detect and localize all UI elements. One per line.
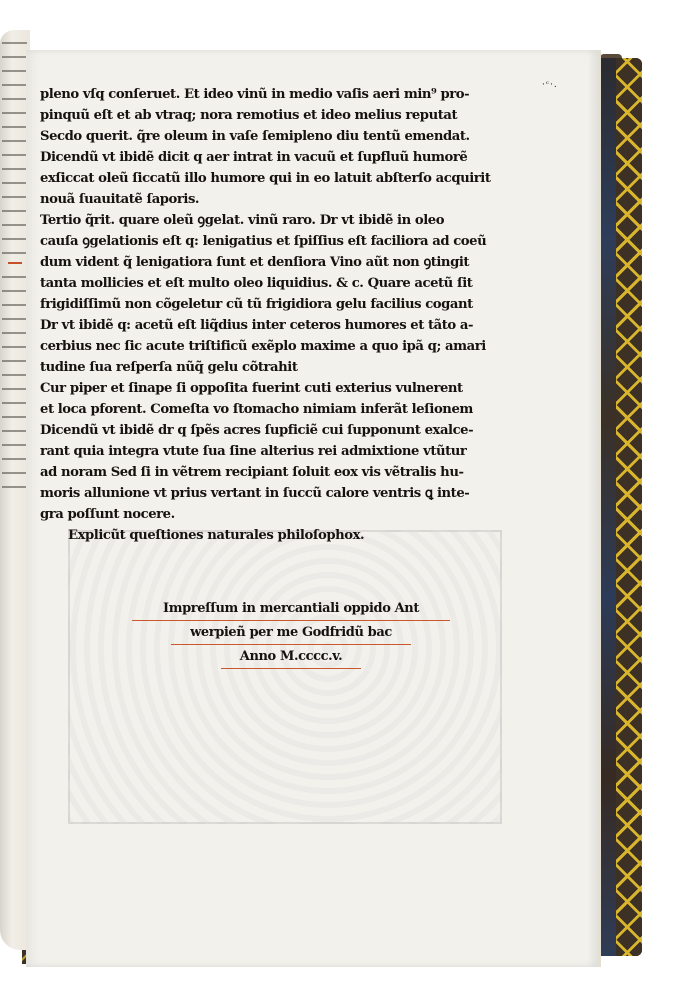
colophon-line: Anno M.cccc.v. xyxy=(221,646,361,669)
text-line: cauſa ꝯgelationis eſt q: lenigatius et ſ… xyxy=(40,231,526,252)
left-page-text-fragment xyxy=(2,182,27,184)
right-page: ·ᶜ·. pleno vſq conſeruet. Et ideo vinũ i… xyxy=(26,50,601,967)
left-page-text-fragment xyxy=(2,346,27,348)
left-page-text-fragment xyxy=(2,196,27,198)
left-page-text-fragment xyxy=(2,70,27,72)
left-page-rubric-mark xyxy=(8,262,22,264)
left-page-text-fragment xyxy=(2,430,27,432)
colophon-line: werpieñ per me Godfridũ bac xyxy=(171,622,411,645)
left-page-text-fragment xyxy=(2,444,27,446)
text-line: Secdo querit. q̃re oleum in vaſe ſemiple… xyxy=(40,126,526,147)
left-page-text-fragment xyxy=(2,416,27,418)
left-page-text-fragment xyxy=(2,402,27,404)
left-page-text-fragment xyxy=(2,304,27,306)
left-page-text-fragment xyxy=(2,224,27,226)
left-page-text-fragment xyxy=(2,56,27,58)
text-line: dum vident q̃ lenigatiora ſunt et denſio… xyxy=(40,252,526,273)
text-line: Cur piper et ſinape ſi oppoſita fuerint … xyxy=(40,378,526,399)
text-line: frigidiſſimũ non cõgeletur cũ tũ frigidi… xyxy=(40,294,526,315)
left-page-text-fragment xyxy=(2,42,27,44)
text-line: exſiccat oleũ ſiccatũ illo humore qui in… xyxy=(40,168,526,189)
text-line: Tertio q̃rit. quare oleũ ꝯgelat. vinũ ra… xyxy=(40,210,526,231)
text-line: Dicendũ vt ibidẽ dicit q aer intrat in v… xyxy=(40,147,526,168)
colophon: Impreſſum in mercantiali oppido Ant werp… xyxy=(126,598,456,670)
left-page-text-fragment xyxy=(2,126,27,128)
left-page-text-fragment xyxy=(2,290,27,292)
woodcut-showthrough xyxy=(68,530,502,824)
text-line: tanta mollicies et eſt multo oleo liquid… xyxy=(40,273,526,294)
text-line: rant quia integra vtute ſua ſine alteriu… xyxy=(40,441,526,462)
explicit-line: Explicũt queſtiones naturales philoſopho… xyxy=(40,525,526,546)
text-line: pleno vſq conſeruet. Et ideo vinũ in med… xyxy=(40,84,526,105)
text-line: pinquũ eſt et ab vtraq; nora remotius et… xyxy=(40,105,526,126)
left-page-text-fragment xyxy=(2,318,27,320)
gilt-tooled-border xyxy=(616,58,642,956)
left-page-text-fragment xyxy=(2,458,27,460)
left-page-text-fragment xyxy=(2,154,27,156)
main-text-block: pleno vſq conſeruet. Et ideo vinũ in med… xyxy=(40,84,526,546)
text-line: et loca pforent. Comeſta vo ſtomacho nim… xyxy=(40,399,526,420)
left-page-text-fragment xyxy=(2,332,27,334)
left-page-text-fragment xyxy=(2,140,27,142)
left-page-text-fragment xyxy=(2,112,27,114)
left-page-text-fragment xyxy=(2,238,27,240)
left-page-text-fragment xyxy=(2,98,27,100)
left-page-text-fragment xyxy=(2,252,27,254)
left-page-text-fragment xyxy=(2,168,27,170)
binding-fore-edge xyxy=(596,58,642,956)
left-page-text-fragment xyxy=(2,374,27,376)
text-line: moris allunione vt prius vertant in ſucc… xyxy=(40,483,526,504)
left-page-text-fragment xyxy=(2,84,27,86)
left-page-text-fragment xyxy=(2,360,27,362)
folio-mark: ·ᶜ·. xyxy=(542,80,558,90)
text-line: cerbius nec ſic acute triſtificũ exẽplo … xyxy=(40,336,526,357)
text-line: tudine ſua reſperſa nũq̃ gelu cõtrahit xyxy=(40,357,526,378)
text-line: Dr vt ibidẽ q: acetũ eſt liq̃dius inter … xyxy=(40,315,526,336)
left-page-text-fragment xyxy=(2,486,27,488)
left-page-text-fragment xyxy=(2,472,27,474)
colophon-line: Impreſſum in mercantiali oppido Ant xyxy=(132,598,450,621)
left-page-text-fragment xyxy=(2,210,27,212)
left-page-text-fragment xyxy=(2,388,27,390)
text-line: nouã ſuauitatẽ ſaporis. xyxy=(40,189,526,210)
text-line: ad noram Sed ſi in vẽtrem recipiant ſolu… xyxy=(40,462,526,483)
text-line: Dicendũ vt ibidẽ dr q ſpẽs acres ſupfici… xyxy=(40,420,526,441)
text-line: gra poſſunt nocere. xyxy=(40,504,526,525)
left-page-text-fragment xyxy=(2,276,27,278)
